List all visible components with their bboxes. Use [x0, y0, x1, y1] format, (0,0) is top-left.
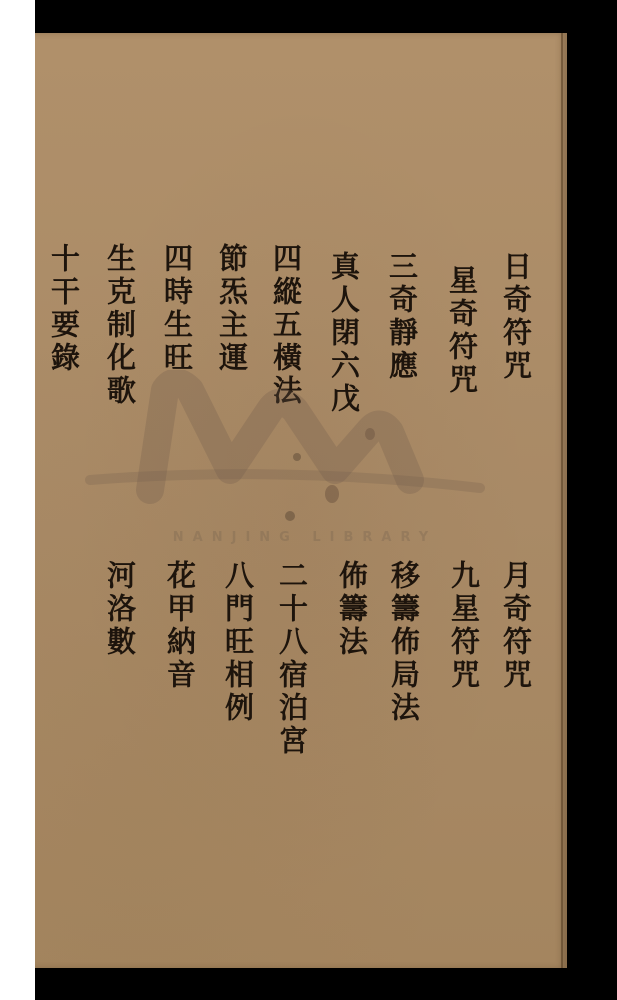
toc-entry: 移籌佈局法	[387, 560, 421, 725]
ink-stain	[365, 428, 375, 440]
watermark-text: NANJING LIBRARY	[95, 530, 515, 545]
ink-stain	[285, 511, 295, 521]
page-edge	[561, 33, 563, 968]
manuscript-page: 日奇符咒 星奇符咒 三奇靜應 真人閉六戊 四縱五橫法 節炁主運 四時生旺 生克制…	[35, 33, 567, 968]
toc-entry: 星奇符咒	[445, 265, 479, 397]
toc-entry: 四縱五橫法	[269, 243, 303, 408]
ink-stain	[325, 485, 339, 503]
toc-entry: 九星符咒	[447, 560, 481, 692]
toc-entry: 日奇符咒	[499, 251, 533, 383]
toc-entry: 三奇靜應	[385, 251, 419, 383]
toc-entry: 十干要錄	[47, 243, 81, 375]
toc-entry: 月奇符咒	[499, 560, 533, 692]
toc-entry: 佈籌法	[335, 560, 369, 659]
toc-entry: 真人閉六戊	[327, 251, 361, 416]
scan-margin	[0, 0, 35, 1000]
toc-entry: 二十八宿泊宮	[275, 560, 309, 758]
toc-entry: 生克制化歌	[103, 243, 137, 408]
toc-entry: 花甲納音	[163, 560, 197, 692]
toc-entry: 八門旺相例	[221, 560, 255, 725]
toc-entry: 河洛數	[103, 560, 137, 659]
toc-entry: 四時生旺	[160, 243, 194, 375]
ink-stain	[293, 453, 301, 461]
toc-entry: 節炁主運	[215, 243, 249, 375]
